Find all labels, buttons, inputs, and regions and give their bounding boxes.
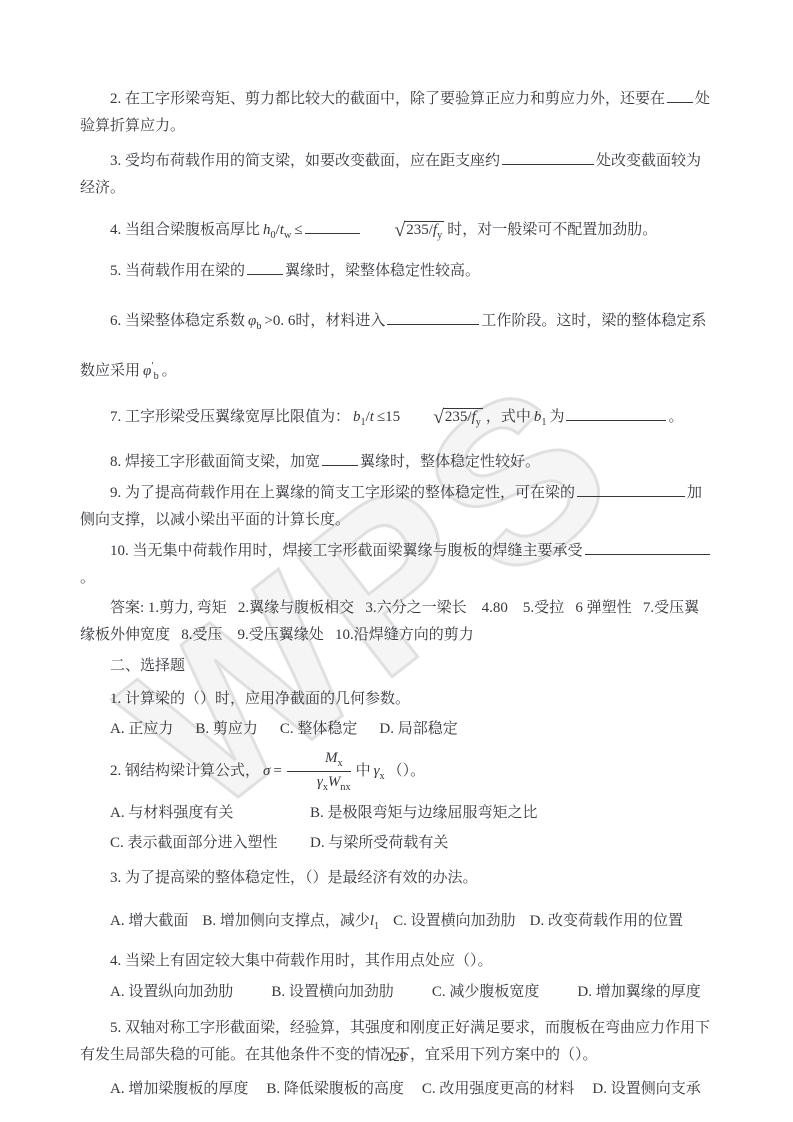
mc-question-4: 4. 当梁上有固定较大集中荷载作用时，其作用点处应（）。 (80, 948, 713, 975)
mc5-option-c: C. 改用强度更高的材料 (422, 1076, 575, 1103)
blank-line (305, 219, 360, 234)
mc-question-3: 3. 为了提高梁的整体稳定性，（）是最经济有效的办法。 (80, 865, 713, 892)
mc3-options: A. 增大截面 B. 增加侧向支撑点，减少l1 C. 设置横向加劲肋 D. 改变… (80, 908, 713, 940)
mc2-option-a: A. 与材料强度有关 (110, 800, 310, 827)
section-title-choice: 二、选择题 (80, 653, 713, 680)
mc2-options: A. 与材料强度有关 B. 是极限弯矩与边缘屈服弯矩之比 C. 表示截面部分进入… (80, 800, 713, 857)
formula-sqrt-235-fy: √235/fy (403, 404, 483, 436)
mc3-option-c: C. 设置横向加劲肋 (393, 908, 516, 940)
mc3-option-a: A. 增大截面 (110, 908, 188, 940)
fill-question-3: 3. 受均布荷载作用的简支梁，如要改变截面，应在距支座约处改变截面较为经济。 (80, 148, 713, 202)
blank-line (577, 482, 685, 497)
fill-question-8: 8. 焊接工字形截面简支梁，加宽翼缘时，整体稳定性较好。 (80, 449, 713, 476)
formula-phi-b: φb (248, 313, 261, 329)
blank-line (566, 406, 666, 421)
formula-sigma: σ (263, 763, 270, 779)
formula-sqrt-235-fy: √235/fy (365, 217, 445, 249)
fill-question-9: 9. 为了提高荷载作用在上翼缘的简支工字形梁的整体稳定性，可在梁的加侧向支撑，以… (80, 480, 713, 534)
fill-question-7: 7. 工字形梁受压翼缘宽厚比限值为：b1/t≤15√235/fy，式中b1为。 (80, 404, 713, 436)
fill-question-6: 6. 当梁整体稳定系数φb>0. 6时，材料进入工作阶段。这时，梁的整体稳定系数… (80, 301, 713, 397)
formula-fraction-mx: MxγxWnx (287, 749, 351, 794)
mc4-option-a: A. 设置纵向加劲肋 (110, 979, 233, 1006)
mc5-option-a: A. 增加梁腹板的厚度 (110, 1076, 248, 1103)
mc4-option-c: C. 减少腹板宽度 (432, 979, 540, 1006)
mc4-option-d: D. 增加翼缘的厚度 (577, 979, 700, 1006)
fill-question-4: 4. 当组合梁腹板高厚比h0/tw≤√235/fy时，对一般梁可不配置加劲肋。 (80, 217, 713, 249)
formula-gamma-x: γx (374, 763, 385, 779)
formula-b1: b1 (534, 409, 547, 425)
mc1-options: A. 正应力 B. 剪应力 C. 整体稳定 D. 局部稳定 (80, 716, 713, 743)
blank-line (585, 540, 710, 555)
mc2-option-d: D. 与梁所受荷载有关 (310, 830, 713, 857)
formula-h0-tw: h0/tw (263, 222, 291, 238)
blank-line (502, 150, 594, 165)
fill-question-5: 5. 当荷载作用在梁的翼缘时，梁整体稳定性较高。 (80, 258, 713, 285)
mc1-option-c: C. 整体稳定 (280, 716, 358, 743)
mc4-options: A. 设置纵向加劲肋 B. 设置横向加劲肋 C. 减少腹板宽度 D. 增加翼缘的… (80, 979, 713, 1006)
blank-line (322, 451, 358, 466)
document-page: WPS 2. 在工字形梁弯矩、剪力都比较大的截面中，除了要验算正应力和剪应力外，… (0, 0, 793, 1122)
mc3-option-b: B. 增加侧向支撑点，减少l1 (202, 908, 379, 940)
mc1-option-d: D. 局部稳定 (379, 716, 457, 743)
mc2-option-c: C. 表示截面部分进入塑性 (110, 830, 310, 857)
mc3-option-d: D. 改变荷载作用的位置 (530, 908, 683, 940)
blank-line (667, 88, 693, 103)
fill-question-2: 2. 在工字形梁弯矩、剪力都比较大的截面中，除了要验算正应力和剪应力外，还要在处… (80, 86, 713, 140)
page-content: 2. 在工字形梁弯矩、剪力都比较大的截面中，除了要验算正应力和剪应力外，还要在处… (80, 86, 713, 1103)
formula-phi-b-prime: φ′b (143, 363, 159, 379)
mc5-option-b: B. 降低梁腹板的高度 (266, 1076, 404, 1103)
page-number: 129 (0, 1048, 793, 1066)
mc2-option-b: B. 是极限弯矩与边缘屈服弯矩之比 (310, 800, 713, 827)
mc5-options: A. 增加梁腹板的厚度 B. 降低梁腹板的高度 C. 改用强度更高的材料 D. … (80, 1076, 713, 1103)
mc1-option-b: B. 剪应力 (195, 716, 258, 743)
answers-line: 答案: 1.剪力, 弯矩 2.翼缘与腹板相交 3.六分之一梁长 4.80 5.受… (80, 595, 713, 649)
mc-question-1: 1. 计算梁的（）时，应用净截面的几何参数。 (80, 686, 713, 713)
mc-question-2: 2. 钢结构梁计算公式，σ=MxγxWnx中γx（）。 (80, 749, 713, 794)
blank-line (247, 260, 283, 275)
fill-question-10: 10. 当无集中荷载作用时，焊接工字形截面梁翼缘与腹板的焊缝主要承受。 (80, 538, 713, 592)
mc1-option-a: A. 正应力 (110, 716, 173, 743)
mc5-option-d: D. 设置侧向支承 (592, 1076, 700, 1103)
mc4-option-b: B. 设置横向加劲肋 (271, 979, 394, 1006)
blank-line (387, 310, 479, 325)
formula-b1-t: b1/t (353, 409, 374, 425)
